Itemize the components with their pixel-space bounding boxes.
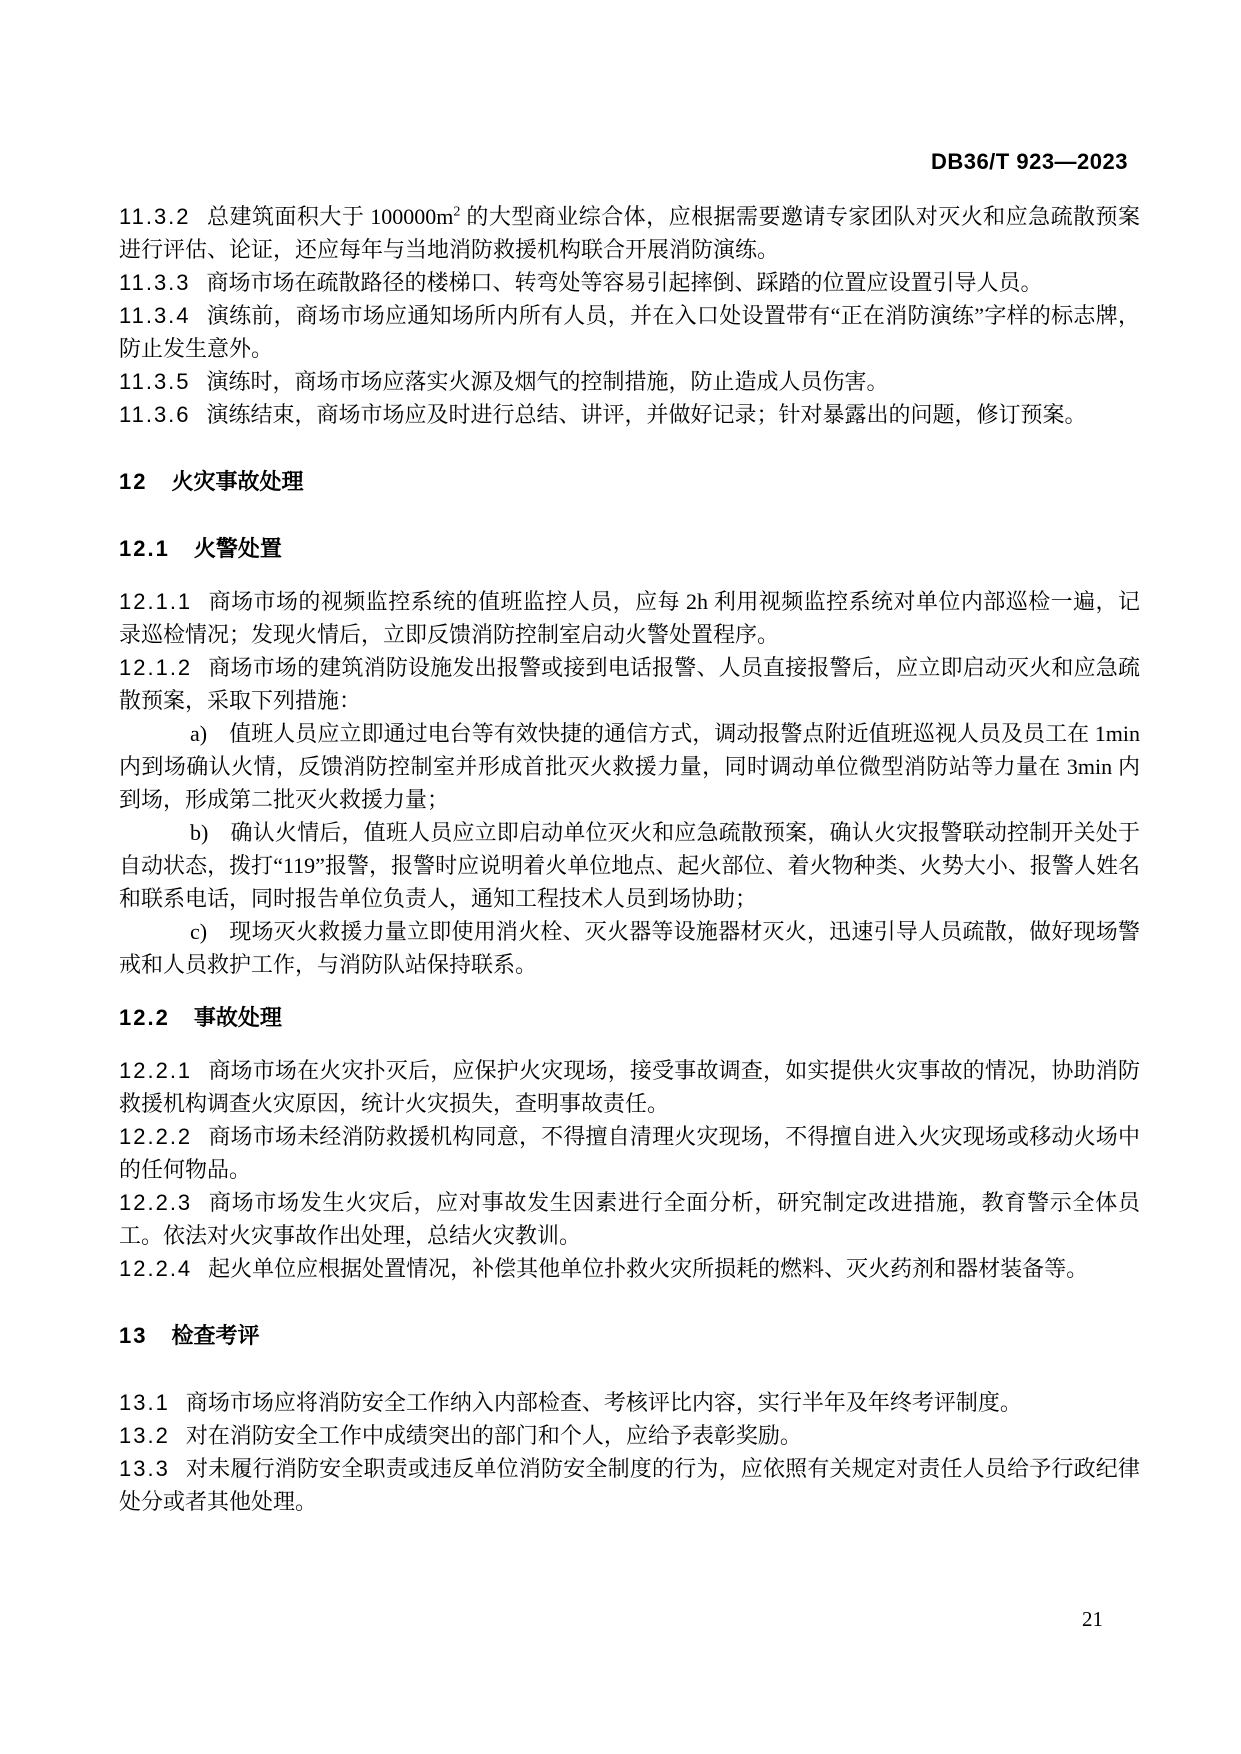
list-text: 值班人员应立即通过电台等有效快捷的通信方式，调动报警点附近值班巡视人员及员工在 … [119, 721, 1140, 812]
clause-text: 商场市场的视频监控系统的值班监控人员，应每 2h 利用视频监控系统对单位内部巡检… [119, 589, 1140, 647]
subsection-title: 火警处置 [194, 536, 282, 561]
clause-11-3-2: 11.3.2总建筑面积大于 100000m2 的大型商业综合体，应根据需要邀请专… [119, 200, 1140, 266]
section-title: 火灾事故处理 [171, 469, 303, 494]
clause-number: 12.2.3 [119, 1190, 192, 1215]
clause-text: 商场市场在疏散路径的楼梯口、转弯处等容易引起摔倒、踩踏的位置应设置引导人员。 [207, 270, 1043, 295]
clause-text: 商场市场在火灾扑灭后，应保护火灾现场，接受事故调查，如实提供火灾事故的情况，协助… [119, 1058, 1140, 1116]
subsection-heading-12-1: 12.1火警处置 [119, 532, 1140, 565]
clause-number: 11.3.4 [119, 303, 191, 328]
list-item-a: a)值班人员应立即通过电台等有效快捷的通信方式，调动报警点附近值班巡视人员及员工… [119, 717, 1140, 816]
subsection-number: 12.1 [119, 536, 170, 561]
clause-number: 11.3.2 [119, 204, 191, 229]
clause-13-2: 13.2对在消防安全工作中成绩突出的部门和个人，应给予表彰奖励。 [119, 1419, 1140, 1452]
clause-number: 13.3 [119, 1456, 170, 1481]
clause-number: 11.3.5 [119, 369, 191, 394]
list-label: b) [190, 820, 208, 845]
clause-text: 对在消防安全工作中成绩突出的部门和个人，应给予表彰奖励。 [186, 1423, 802, 1448]
document-body: 11.3.2总建筑面积大于 100000m2 的大型商业综合体，应根据需要邀请专… [119, 200, 1140, 1518]
list-label: c) [190, 919, 207, 944]
clause-11-3-5: 11.3.5演练时，商场市场应落实火源及烟气的控制措施，防止造成人员伤害。 [119, 365, 1140, 398]
clause-11-3-4: 11.3.4演练前，商场市场应通知场所内所有人员，并在入口处设置带有“正在消防演… [119, 299, 1140, 365]
clause-12-1-2: 12.1.2商场市场的建筑消防设施发出报警或接到电话报警、人员直接报警后，应立即… [119, 651, 1140, 717]
clause-text: 商场市场的建筑消防设施发出报警或接到电话报警、人员直接报警后，应立即启动灭火和应… [119, 655, 1140, 713]
clause-number: 13.1 [119, 1390, 170, 1415]
clause-text: 对未履行消防安全职责或违反单位消防安全制度的行为，应依照有关规定对责任人员给予行… [119, 1456, 1140, 1514]
section-title: 检查考评 [171, 1323, 259, 1348]
clause-12-2-4: 12.2.4起火单位应根据处置情况，补偿其他单位扑救火灾所损耗的燃料、灭火药剂和… [119, 1252, 1140, 1285]
clause-number: 12.1.1 [119, 589, 192, 614]
page-number: 21 [1082, 1607, 1103, 1632]
section-heading-13: 13检查考评 [119, 1319, 1140, 1352]
clause-13-3: 13.3对未履行消防安全职责或违反单位消防安全制度的行为，应依照有关规定对责任人… [119, 1452, 1140, 1518]
clause-number: 12.2.4 [119, 1256, 192, 1281]
clause-number: 11.3.6 [119, 402, 191, 427]
subsection-heading-12-2: 12.2事故处理 [119, 1001, 1140, 1034]
section-number: 13 [119, 1323, 147, 1348]
clause-12-1-1: 12.1.1商场市场的视频监控系统的值班监控人员，应每 2h 利用视频监控系统对… [119, 585, 1140, 651]
clause-number: 12.2.1 [119, 1058, 192, 1083]
clause-text: 演练结束，商场市场应及时进行总结、讲评，并做好记录；针对暴露出的问题，修订预案。 [207, 402, 1087, 427]
clause-11-3-3: 11.3.3商场市场在疏散路径的楼梯口、转弯处等容易引起摔倒、踩踏的位置应设置引… [119, 266, 1140, 299]
clause-12-2-1: 12.2.1商场市场在火灾扑灭后，应保护火灾现场，接受事故调查，如实提供火灾事故… [119, 1054, 1140, 1120]
clause-text: 起火单位应根据处置情况，补偿其他单位扑救火灾所损耗的燃料、灭火药剂和器材装备等。 [208, 1256, 1088, 1281]
section-number: 12 [119, 469, 147, 494]
standard-document-page: DB36/T 923—2023 11.3.2总建筑面积大于 100000m2 的… [0, 0, 1241, 1754]
clause-12-2-2: 12.2.2商场市场未经消防救援机构同意，不得擅自清理火灾现场，不得擅自进入火灾… [119, 1120, 1140, 1186]
clause-13-1: 13.1商场市场应将消防安全工作纳入内部检查、考核评比内容，实行半年及年终考评制… [119, 1386, 1140, 1419]
clause-text: 商场市场发生火灾后，应对事故发生因素进行全面分析，研究制定改进措施，教育警示全体… [119, 1190, 1140, 1248]
clause-number: 13.2 [119, 1423, 170, 1448]
doc-code: DB36/T 923—2023 [931, 149, 1128, 175]
clause-11-3-6: 11.3.6演练结束，商场市场应及时进行总结、讲评，并做好记录；针对暴露出的问题… [119, 398, 1140, 431]
clause-number: 12.2.2 [119, 1124, 192, 1149]
clause-12-2-3: 12.2.3商场市场发生火灾后，应对事故发生因素进行全面分析，研究制定改进措施，… [119, 1186, 1140, 1252]
subsection-number: 12.2 [119, 1005, 170, 1030]
list-text: 现场灭火救援力量立即使用消火栓、灭火器等设施器材灭火，迅速引导人员疏散，做好现场… [119, 919, 1140, 977]
list-item-c: c)现场灭火救援力量立即使用消火栓、灭火器等设施器材灭火，迅速引导人员疏散，做好… [119, 915, 1140, 981]
clause-text: 商场市场未经消防救援机构同意，不得擅自清理火灾现场，不得擅自进入火灾现场或移动火… [119, 1124, 1140, 1182]
clause-text: 演练前，商场市场应通知场所内所有人员，并在入口处设置带有“正在消防演练”字样的标… [119, 303, 1140, 361]
clause-text: 总建筑面积大于 100000m [207, 204, 454, 229]
list-item-b: b)确认火情后，值班人员应立即启动单位灭火和应急疏散预案，确认火灾报警联动控制开… [119, 816, 1140, 915]
clause-number: 11.3.3 [119, 270, 191, 295]
list-label: a) [190, 721, 207, 746]
clause-number: 12.1.2 [119, 655, 192, 680]
clause-text: 演练时，商场市场应落实火源及烟气的控制措施，防止造成人员伤害。 [207, 369, 889, 394]
list-text: 确认火情后，值班人员应立即启动单位灭火和应急疏散预案，确认火灾报警联动控制开关处… [119, 820, 1140, 911]
clause-text: 商场市场应将消防安全工作纳入内部检查、考核评比内容，实行半年及年终考评制度。 [186, 1390, 1022, 1415]
section-heading-12: 12火灾事故处理 [119, 465, 1140, 498]
subsection-title: 事故处理 [194, 1005, 282, 1030]
